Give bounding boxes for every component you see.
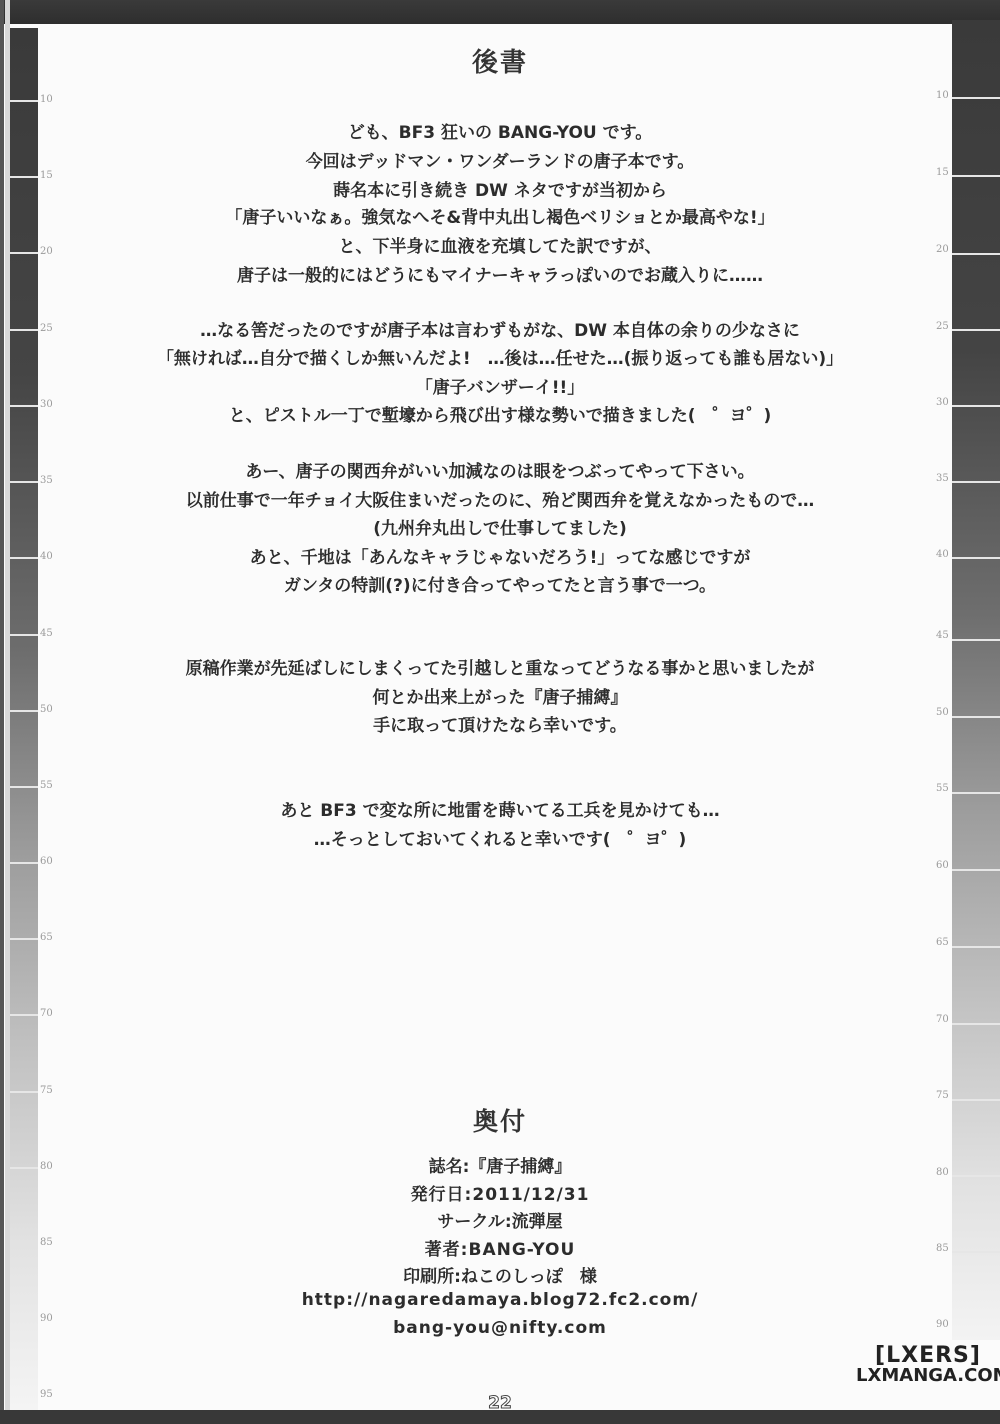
tick-label: 75 — [40, 1085, 53, 1096]
tick-mark — [952, 869, 1000, 871]
text-line: …そっとしておいてくれると幸いです( ゜ヨ゜) — [0, 825, 1000, 850]
tick-label: 55 — [936, 783, 949, 794]
tick-mark — [10, 1091, 38, 1093]
tick-label: 45 — [40, 628, 53, 639]
tick-label: 65 — [40, 932, 53, 943]
text-line: 手に取って頂けたなら幸いです。 — [0, 711, 1000, 736]
tick-mark — [10, 1014, 38, 1016]
watermark: [LXERS] LXMANGA.COM — [856, 1345, 1000, 1385]
tick-label: 55 — [40, 780, 53, 791]
tick-label: 60 — [40, 856, 53, 867]
tick-label: 10 — [40, 94, 53, 105]
text-line: 以前仕事で一年チョイ大阪住まいだったのに、殆ど関西弁を覚えなかったもので… — [0, 486, 1000, 511]
watermark-site: LXMANGA.COM — [856, 1367, 1000, 1385]
text-line: (九州弁丸出しで仕事してました) — [0, 514, 1000, 539]
text-line: あと BF3 で変な所に地雷を蒔いてる工兵を見かけても… — [0, 796, 1000, 821]
tick-mark — [952, 1099, 1000, 1101]
colophon-author-line: 著者:BANG-YOU — [0, 1235, 1000, 1260]
tick-label: 60 — [936, 860, 949, 871]
tick-label: 65 — [936, 937, 949, 948]
tick-mark — [10, 786, 38, 788]
text-line: あー、唐子の関西弁がいい加減なのは眼をつぶってやって下さい。 — [0, 457, 1000, 482]
text-line: 「唐子いいなぁ。強気なへそ&背中丸出し褐色ベリショとか最高やな!」 — [0, 203, 1000, 228]
colophon-title: 奥付 — [0, 1102, 1000, 1138]
tick-mark — [10, 634, 38, 636]
tick-label: 75 — [936, 1090, 949, 1101]
tick-mark — [952, 639, 1000, 641]
text-line: 原稿作業が先延ばしにしまくってた引越しと重なってどうなる事かと思いましたが — [0, 654, 1000, 679]
tick-label: 10 — [936, 90, 949, 101]
text-line: ども、BF3 狂いの BANG-YOU です。 — [0, 118, 1000, 143]
colophon-title-line: 誌名:『唐子捕縛』 — [0, 1152, 1000, 1177]
watermark-group-name: [LXERS] — [856, 1345, 1000, 1367]
text-line: と、下半身に血液を充填してた訳ですが、 — [0, 232, 1000, 257]
tick-label: 70 — [40, 1008, 53, 1019]
tick-mark — [10, 100, 38, 102]
tick-label: 95 — [40, 1389, 53, 1400]
tick-mark — [952, 1023, 1000, 1025]
text-line: ガンタの特訓(?)に付き合ってやってたと言う事で一つ。 — [0, 571, 1000, 596]
text-line: と、ピストル一丁で塹壕から飛び出す様な勢いで描きました( ゜ヨ゜) — [0, 401, 1000, 426]
text-line: あと、千地は「あんなキャラじゃないだろう!」ってな感じですが — [0, 543, 1000, 568]
colophon-url-link[interactable]: http://nagaredamaya.blog72.fc2.com/ — [0, 1290, 1000, 1310]
tick-label: 70 — [936, 1014, 949, 1025]
tick-mark — [952, 97, 1000, 99]
tick-mark — [952, 946, 1000, 948]
text-line: 唐子は一般的にはどうにもマイナーキャラっぽいのでお蔵入りに…… — [0, 261, 1000, 286]
page-number: 22 — [470, 1393, 530, 1413]
text-line: 「無ければ…自分で描くしか無いんだよ! …後は…任せた…(振り返っても誰も居ない… — [0, 344, 1000, 369]
top-border-strip — [0, 0, 1000, 24]
tick-label: 45 — [936, 630, 949, 641]
text-line: 蒔名本に引き続き DW ネタですが当初から — [0, 176, 1000, 201]
colophon-date-line: 発行日:2011/12/31 — [0, 1180, 1000, 1205]
tick-mark — [10, 938, 38, 940]
colophon-circle-line: サークル:流弾屋 — [0, 1207, 1000, 1232]
colophon-email-link[interactable]: bang-you@nifty.com — [0, 1318, 1000, 1338]
text-line: 何とか出来上がった『唐子捕縛』 — [0, 683, 1000, 708]
afterword-title: 後書 — [0, 42, 1000, 79]
tick-mark — [952, 792, 1000, 794]
text-line: 今回はデッドマン・ワンダーランドの唐子本です。 — [0, 147, 1000, 172]
tick-mark — [10, 862, 38, 864]
text-line: …なる筈だったのですが唐子本は言わずもがな、DW 本自体の余りの少なさに — [0, 316, 1000, 341]
colophon-printer-line: 印刷所:ねこのしっぽ 様 — [0, 1262, 1000, 1287]
text-line: 「唐子バンザーイ!!」 — [0, 373, 1000, 398]
